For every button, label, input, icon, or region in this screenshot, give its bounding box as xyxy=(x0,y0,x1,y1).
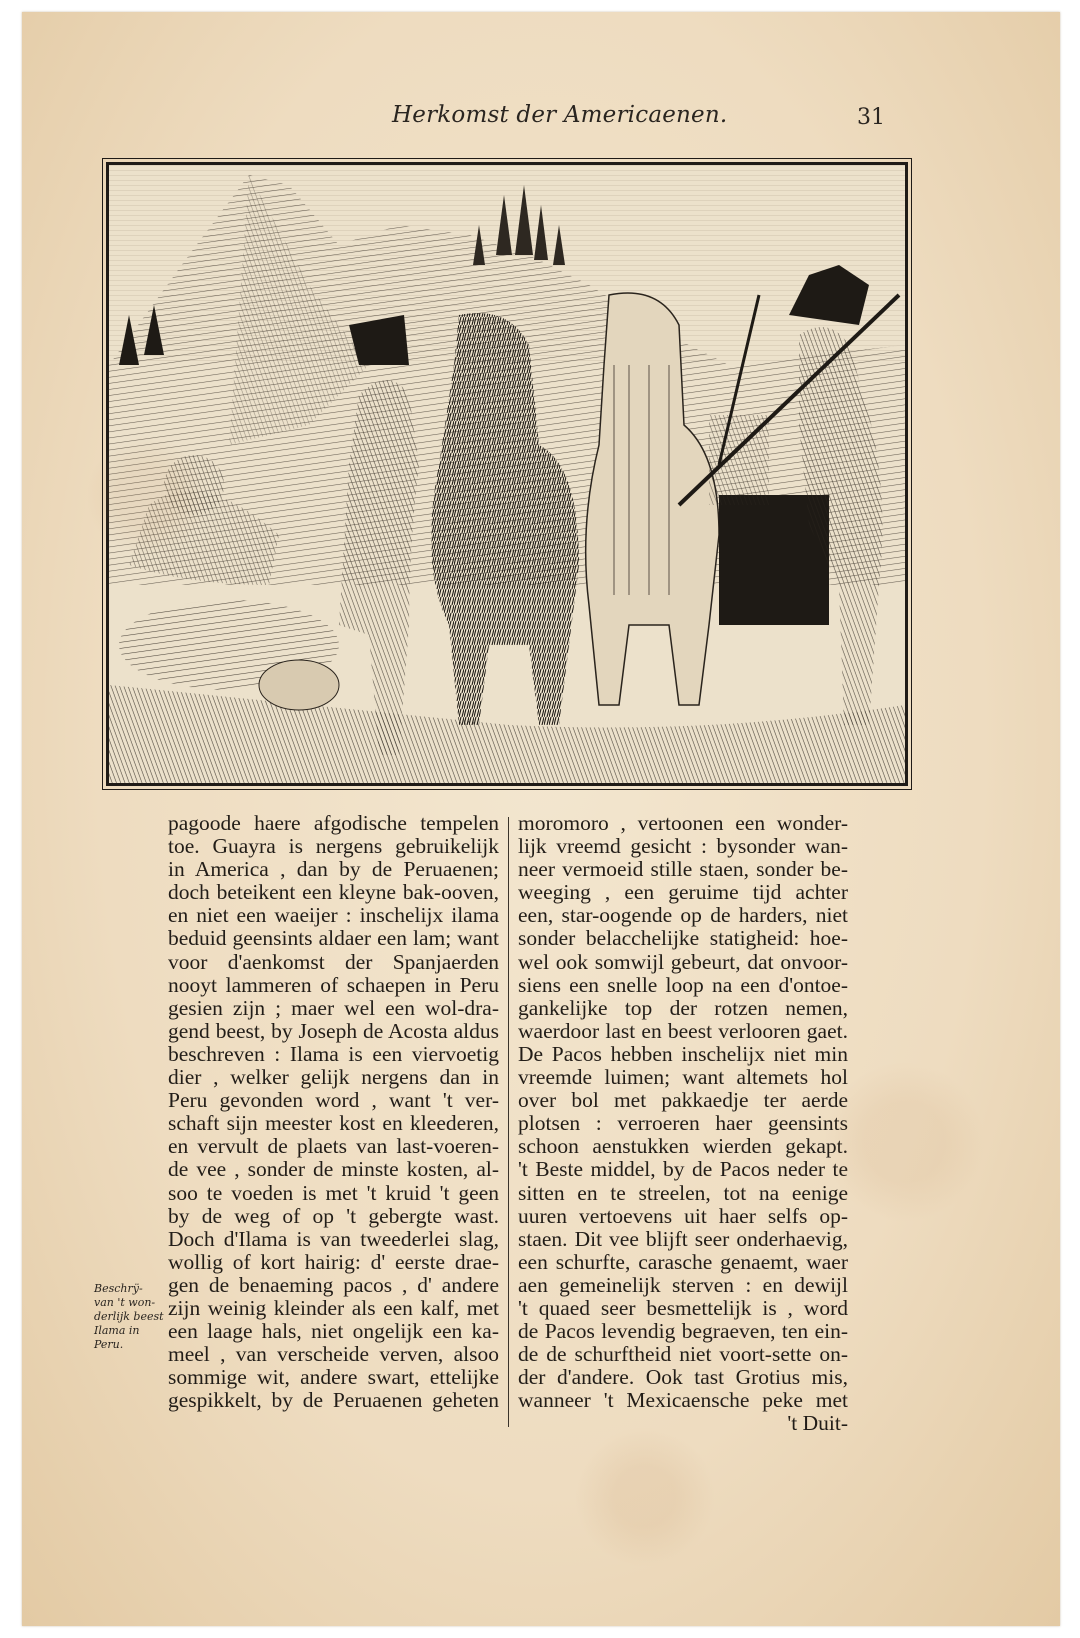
book-page: Herkomst der Americaenen. 31 xyxy=(22,12,1060,1626)
text-line: een laage hals, niet ongelijk een ka- xyxy=(168,1320,499,1343)
catchword: 't Duit- xyxy=(518,1412,848,1435)
text-line: een, star-oogende op de harders, niet xyxy=(518,904,848,927)
text-line: sommige wit, andere swart, ettelijke xyxy=(168,1366,499,1389)
text-line: wanneer 't Mexicaensche peke met xyxy=(518,1389,848,1412)
text-line: de Pacos levendig begraeven, ten ein- xyxy=(518,1320,848,1343)
text-line: meel , van verscheide verven, alsoo xyxy=(168,1343,499,1366)
text-line: moromoro , vertoonen een wonder- xyxy=(518,812,848,835)
text-line: pagoode haere afgodische tempelen xyxy=(168,812,499,835)
text-line: vreemde luimen; want altemets hol xyxy=(518,1066,848,1089)
text-line: beduid geensints aldaer een lam; want xyxy=(168,927,499,950)
text-line: by de weg of op 't gebergte wast. xyxy=(168,1205,499,1228)
text-line: zijn weinig kleinder als een kalf, met xyxy=(168,1297,499,1320)
engraving-illustration xyxy=(106,162,908,786)
margin-note: Beschrÿ- van 't won- derlijk beest Ilama… xyxy=(94,1282,164,1352)
text-line: der d'andere. Ook tast Grotius mis, xyxy=(518,1366,848,1389)
margin-note-line: Beschrÿ- xyxy=(94,1282,164,1296)
right-text-column: moromoro , vertoonen een wonder- lijk vr… xyxy=(518,812,848,1436)
text-line: beschreven : Ilama is een viervoetig xyxy=(168,1043,499,1066)
text-line: sonder belacchelijke statigheid: hoe- xyxy=(518,927,848,950)
text-line: siens een snelle loop na een d'ontoe- xyxy=(518,974,848,997)
text-line: en vervult de plaets van last-voeren- xyxy=(168,1135,499,1158)
left-text-column: pagoode haere afgodische tempelen toe. G… xyxy=(168,812,499,1412)
column-divider xyxy=(508,817,509,1427)
margin-note-line: Peru. xyxy=(94,1338,164,1352)
text-line: nooyt lammeren of schaepen in Peru xyxy=(168,974,499,997)
text-line: schaft sijn meester kost en kleederen, xyxy=(168,1112,499,1135)
text-line: soo te voeden is met 't kruid 't geen xyxy=(168,1182,499,1205)
text-line: doch beteikent een kleyne bak-ooven, xyxy=(168,881,499,904)
text-line: dier , welker gelijk nergens dan in xyxy=(168,1066,499,1089)
text-line: Doch d'Ilama is van tweederlei slag, xyxy=(168,1228,499,1251)
margin-note-line: van 't won- xyxy=(94,1296,164,1310)
text-line: wel ook somwijl gebeurt, dat onvoor- xyxy=(518,951,848,974)
text-line: wollig of kort hairig: d' eerste drae- xyxy=(168,1251,499,1274)
text-line: een schurfte, carasche genaemt, waer xyxy=(518,1251,848,1274)
text-line: plotsen : verroeren haer geensints xyxy=(518,1112,848,1135)
text-line: toe. Guayra is nergens gebruikelijk xyxy=(168,835,499,858)
text-line: voor d'aenkomst der Spanjaerden xyxy=(168,951,499,974)
margin-note-line: derlijk beest xyxy=(94,1310,164,1324)
text-line: neer vermoeid stille staen, sonder be- xyxy=(518,858,848,881)
text-line: waerdoor last en beest verlooren gaet. xyxy=(518,1020,848,1043)
text-line: gankelijke top der rotzen nemen, xyxy=(518,997,848,1020)
text-line: gend beest, by Joseph de Acosta aldus xyxy=(168,1020,499,1043)
text-line: en niet een waeijer : inschelijx ilama xyxy=(168,904,499,927)
text-line: aen gemeinelijk sterven : en dewijl xyxy=(518,1274,848,1297)
text-line: gen de benaeming pacos , d' andere xyxy=(168,1274,499,1297)
text-line: lijk vreemd gesicht : bysonder wan- xyxy=(518,835,848,858)
running-title: Herkomst der Americaenen. xyxy=(392,102,727,128)
text-line: uuren vertoevens uit haer selfs op- xyxy=(518,1205,848,1228)
text-line: weeging , een geruime tijd achter xyxy=(518,881,848,904)
text-line: gesien zijn ; maer wel een wol-dra- xyxy=(168,997,499,1020)
text-line: De Pacos hebben inschelijx niet min xyxy=(518,1043,848,1066)
text-line: gespikkelt, by de Peruaenen geheten xyxy=(168,1389,499,1412)
text-line: de de schurftheid niet voort-sette on- xyxy=(518,1343,848,1366)
page-number: 31 xyxy=(857,105,885,130)
text-line: 't Beste middel, by de Pacos neder te xyxy=(518,1158,848,1181)
text-line: staen. Dit vee blijft seer onderhaevig, xyxy=(518,1228,848,1251)
text-line: 't quaed seer besmettelijk is , word xyxy=(518,1297,848,1320)
text-line: in America , dan by de Peruaenen; xyxy=(168,858,499,881)
text-line: de vee , sonder de minste kosten, al- xyxy=(168,1158,499,1181)
text-line: sitten en te streelen, tot na eenige xyxy=(518,1182,848,1205)
margin-note-line: Ilama in xyxy=(94,1324,164,1338)
text-line: over bol met pakkaedje ter aerde xyxy=(518,1089,848,1112)
text-line: schoon aenstukken wierden gekapt. xyxy=(518,1135,848,1158)
llama-scene-image xyxy=(109,165,905,783)
text-line: Peru gevonden word , want 't ver- xyxy=(168,1089,499,1112)
